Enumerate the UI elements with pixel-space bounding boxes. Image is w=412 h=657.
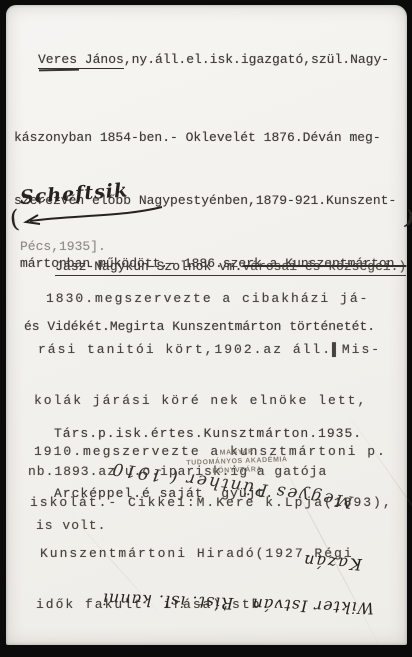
bio-line: kászonyban 1854-ben.- Oklevelét 1876.Dév… [14, 127, 396, 148]
imprint-line: Pécs,1935]. [20, 236, 106, 257]
person-title-text: ,ny.áll.el.isk.igazgató,szül.Nagy- [124, 52, 389, 67]
career-line: 1830.megszervezte a cibakházi já- [30, 290, 393, 307]
card-title-line: Veres János,ny.áll.el.isk.igazgató,szül.… [38, 49, 389, 70]
nb-line: is volt. [28, 517, 327, 535]
inverted-handwritten-kazan: Kazán [301, 551, 362, 574]
scanned-catalog-card: { "card": { "title": { "name": "Veres Já… [0, 0, 412, 657]
handwritten-close-paren: ) [402, 207, 412, 230]
double-underline-mark [39, 69, 79, 72]
career-line: rási tanitói kört,1902.az áll.▌Mis- [30, 341, 393, 358]
person-name: Veres János [38, 52, 124, 69]
index-card-paper: Veres János,ny.áll.el.isk.igazgató,szül.… [6, 5, 407, 645]
